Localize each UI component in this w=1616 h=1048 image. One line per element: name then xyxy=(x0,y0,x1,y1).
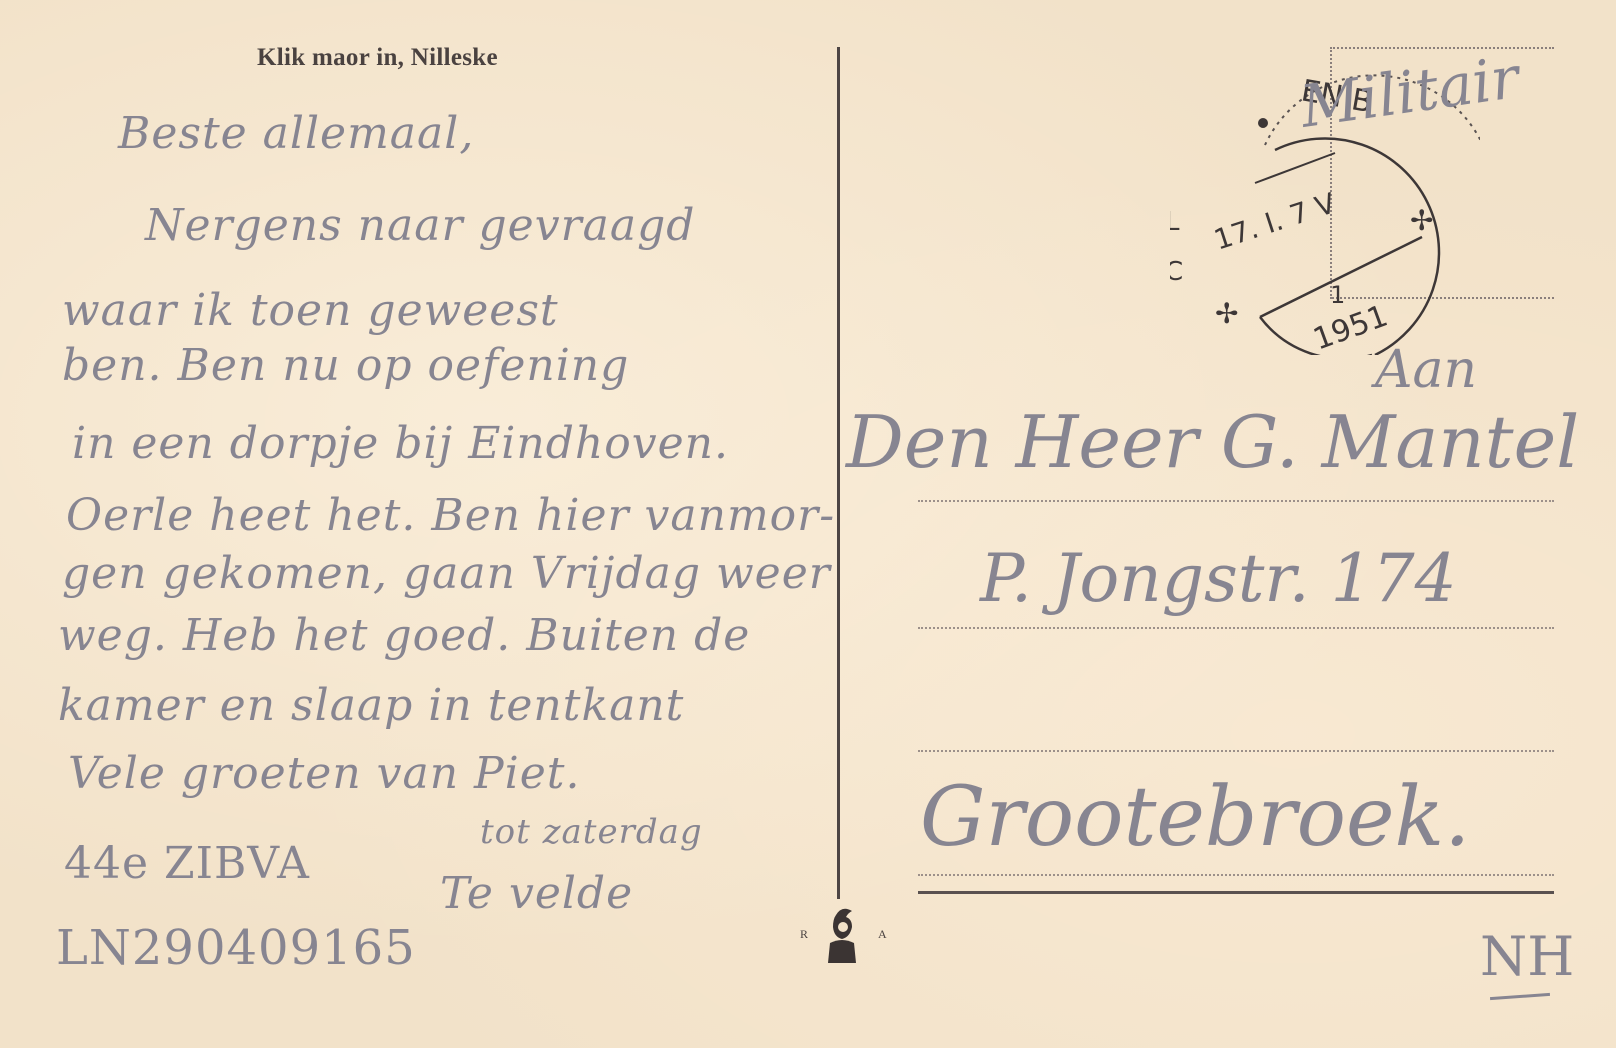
province-underline xyxy=(1490,993,1550,1000)
message-line: gen gekomen, gaan Vrijdag weer xyxy=(62,548,831,599)
address-province: NH xyxy=(1480,925,1574,988)
message-line: waar ik toen geweest xyxy=(62,285,559,336)
svg-text:1: 1 xyxy=(1330,281,1345,309)
svg-text:17. I. 7 V: 17. I. 7 V xyxy=(1210,187,1339,257)
address-line-1 xyxy=(918,500,1554,502)
publisher-mark: R A xyxy=(800,905,890,965)
center-divider xyxy=(837,47,840,899)
svg-text:C: C xyxy=(1170,257,1183,287)
message-line: Nergens naar gevraagd xyxy=(145,200,695,251)
address-city: Grootebroek. xyxy=(920,770,1470,865)
message-line: Beste allemaal, xyxy=(118,108,474,159)
publisher-emblem-icon xyxy=(822,905,862,965)
publisher-letter-a: A xyxy=(878,927,887,942)
postscript-line: Te velde xyxy=(440,868,633,919)
sender-number: LN290409165 xyxy=(56,920,416,976)
message-line: kamer en slaap in tentkant xyxy=(58,680,684,731)
publisher-letter-r: R xyxy=(800,927,808,942)
address-recipient: Den Heer G. Mantel xyxy=(846,400,1579,484)
sender-unit: 44e ZIBVA xyxy=(64,838,310,889)
message-line: Oerle heet het. Ben hier vanmor- xyxy=(66,490,835,541)
postcard-back: Klik maor in, Nilleske Beste allemaal, N… xyxy=(0,0,1616,1048)
address-line-3 xyxy=(918,750,1554,752)
address-line-4 xyxy=(918,874,1554,876)
printed-title: Klik maor in, Nilleske xyxy=(257,44,498,72)
svg-text:L: L xyxy=(1170,207,1180,237)
address-street: P. Jongstr. 174 xyxy=(980,540,1457,617)
svg-text:✢: ✢ xyxy=(1215,297,1238,330)
postscript-line: tot zaterdag xyxy=(480,812,703,852)
address-underline xyxy=(918,891,1554,894)
svg-text:✢: ✢ xyxy=(1410,204,1433,237)
message-line: in een dorpje bij Eindhoven. xyxy=(72,418,729,469)
message-line: ben. Ben nu op oefening xyxy=(62,340,629,391)
message-line: weg. Heb het goed. Buiten de xyxy=(58,610,750,661)
address-prefix: Aan xyxy=(1375,340,1477,400)
message-line: Vele groeten van Piet. xyxy=(68,748,580,799)
address-line-2 xyxy=(918,627,1554,629)
